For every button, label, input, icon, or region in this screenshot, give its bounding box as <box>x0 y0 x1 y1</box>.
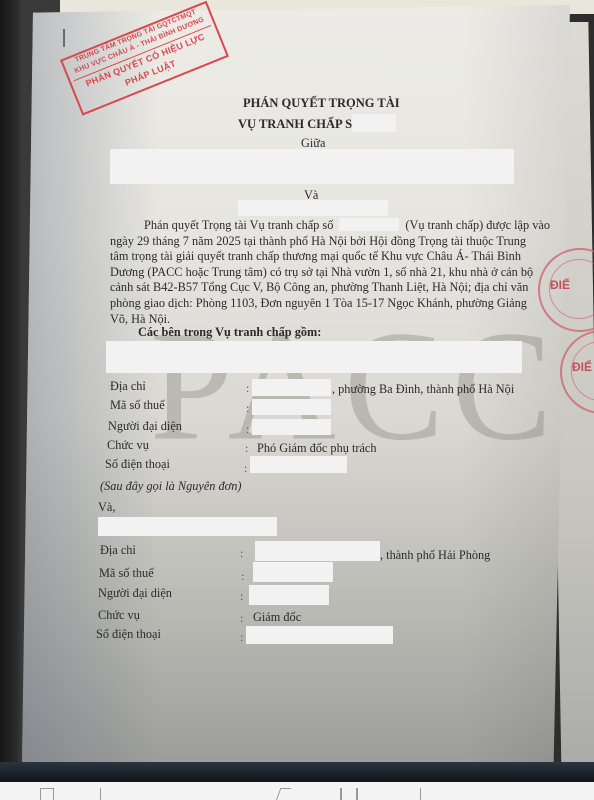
colon: : <box>246 401 249 416</box>
redacted-claimant-name <box>106 341 522 373</box>
paragraph-text: (Vụ tranh chấp) được lập vào <box>405 218 550 232</box>
parties-heading: Các bên trong Vụ tranh chấp gồm: <box>138 325 321 340</box>
claimant-address-suffix: , phường Ba Đình, thành phố Hà Nội <box>332 382 514 397</box>
colon: : <box>241 569 244 584</box>
respondent-tax-label: Mã số thuế <box>99 566 154 581</box>
colon: : <box>240 546 243 561</box>
claimant-rep-label: Người đại diện <box>108 419 182 434</box>
colon: : <box>240 611 243 626</box>
respondent-position-label: Chức vụ <box>98 608 140 623</box>
document-photo: PACC TRUNG TÂM TRỌNG TÀI GQTCTMQT KHU VỰ… <box>0 0 594 782</box>
redacted-respondent-phone <box>246 626 393 644</box>
paragraph-line: tâm trọng tài giải quyết tranh chấp thươ… <box>110 249 530 265</box>
respondent-rep-label: Người đại diện <box>98 586 172 601</box>
claimant-address-label: Địa chỉ <box>110 379 146 394</box>
viewer-toolbar <box>0 782 594 800</box>
colon: : <box>240 589 243 604</box>
round-seal-text: ĐIỂ <box>550 278 570 292</box>
claimant-phone-label: Số điện thoại <box>105 457 170 472</box>
redacted-case-number <box>352 114 396 132</box>
colon: : <box>244 461 247 476</box>
document-title: PHÁN QUYẾT TRỌNG TÀI <box>243 96 400 111</box>
redacted-claimant-address <box>252 379 331 396</box>
paragraph-line: Dương (PACC hoặc Trung tâm) có trụ sở tạ… <box>110 265 530 281</box>
intro-paragraph: Phán quyết Trọng tài Vụ tranh chấp số(Vụ… <box>110 218 530 327</box>
paragraph-line: cảnh sát B42-B57 Tổng Cục V, Bộ Công an,… <box>110 280 530 296</box>
more-icon[interactable] <box>420 788 427 800</box>
table-edge <box>0 762 594 782</box>
colon: : <box>245 441 248 456</box>
redacted-claimant-rep <box>252 419 331 435</box>
paragraph-text: Phán quyết Trọng tài Vụ tranh chấp số <box>144 218 333 232</box>
respondent-address-suffix: , thành phố Hải Phòng <box>380 548 490 563</box>
respondent-phone-label: Số điện thoại <box>96 627 161 642</box>
redacted-claimant-phone <box>250 456 347 473</box>
colon: : <box>240 630 243 645</box>
redacted-respondent-address <box>255 541 380 561</box>
redacted-claimant-tax <box>252 399 331 415</box>
claimant-tax-label: Mã số thuế <box>110 398 165 413</box>
respondent-address-label: Địa chỉ <box>100 543 136 558</box>
columns-icon[interactable] <box>340 788 358 800</box>
redacted-party-1 <box>110 149 514 184</box>
colon: : <box>246 422 249 437</box>
redacted-party-2 <box>238 200 388 216</box>
redacted-respondent-rep <box>249 585 329 605</box>
paragraph-line: phòng giao dịch: Phòng 1103, Đơn nguyên … <box>110 296 530 312</box>
document-subtitle: VỤ TRANH CHẤP SỐ <box>238 117 362 132</box>
edit-icon[interactable] <box>276 788 292 800</box>
claimant-position-value: Phó Giám đốc phụ trách <box>257 441 377 456</box>
redacted-respondent-tax <box>253 562 333 582</box>
claimant-note: (Sau đây gọi là Nguyên đơn) <box>100 479 241 494</box>
pen-mark <box>63 29 65 47</box>
paragraph-line: ngày 29 tháng 7 năm 2025 tại thành phố H… <box>110 234 530 250</box>
text-icon[interactable] <box>100 788 109 800</box>
round-seal-2-text: ĐIỂ <box>572 360 592 374</box>
colon: : <box>246 381 249 396</box>
claimant-position-label: Chức vụ <box>107 438 149 453</box>
respondent-position-value: Giám đốc <box>253 610 301 625</box>
redacted-case-number-inline <box>339 218 399 231</box>
redacted-respondent-name <box>98 517 277 536</box>
paragraph-line: Phán quyết Trọng tài Vụ tranh chấp số(Vụ… <box>110 218 530 234</box>
book-icon[interactable] <box>40 788 54 800</box>
and-comma-label: Và, <box>98 500 115 515</box>
